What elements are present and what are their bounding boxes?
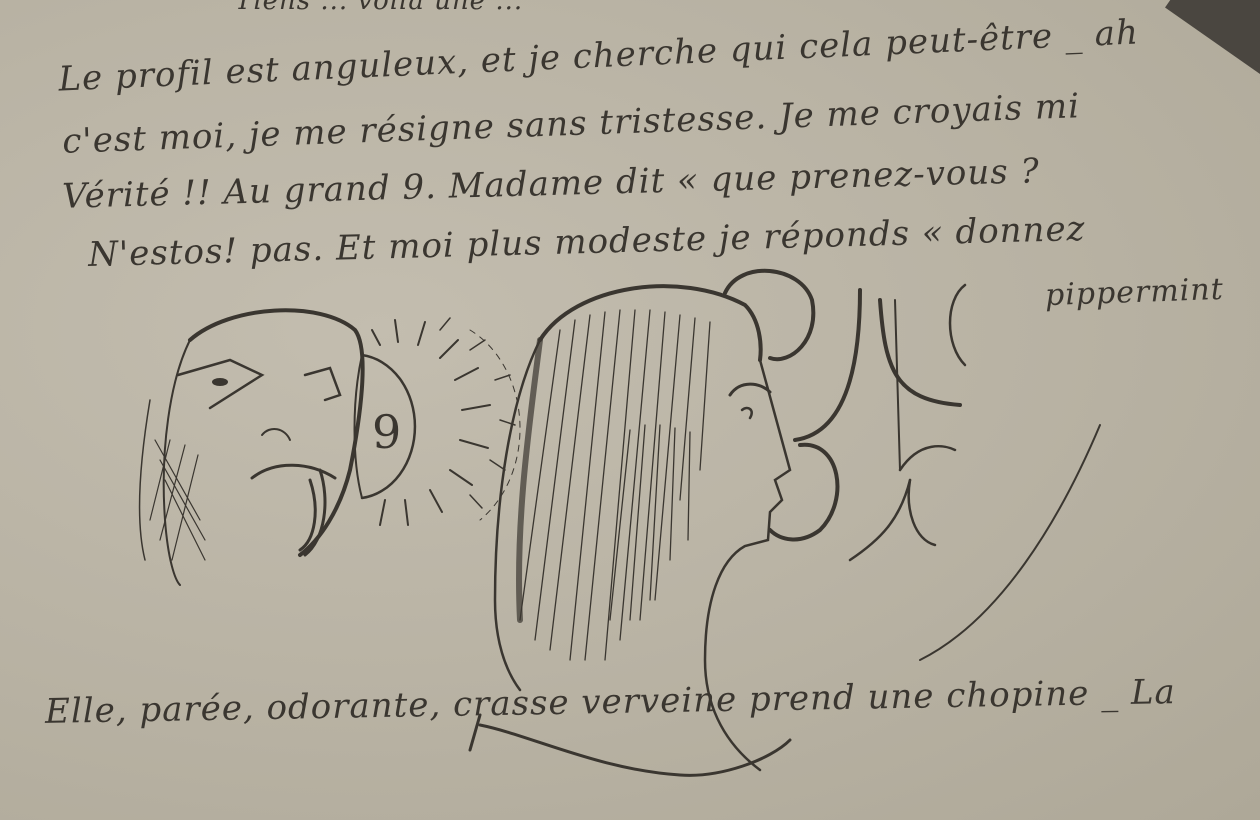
ink-sketches: 9	[0, 0, 1260, 820]
number-nine-label: 9	[372, 405, 401, 459]
manuscript-page: Tiens ... voilà une ... Le profil est an…	[0, 0, 1260, 820]
decorative-arcs-sketch	[470, 271, 1100, 776]
frontal-face-sketch	[140, 310, 363, 585]
profile-woman-sketch	[495, 286, 790, 770]
